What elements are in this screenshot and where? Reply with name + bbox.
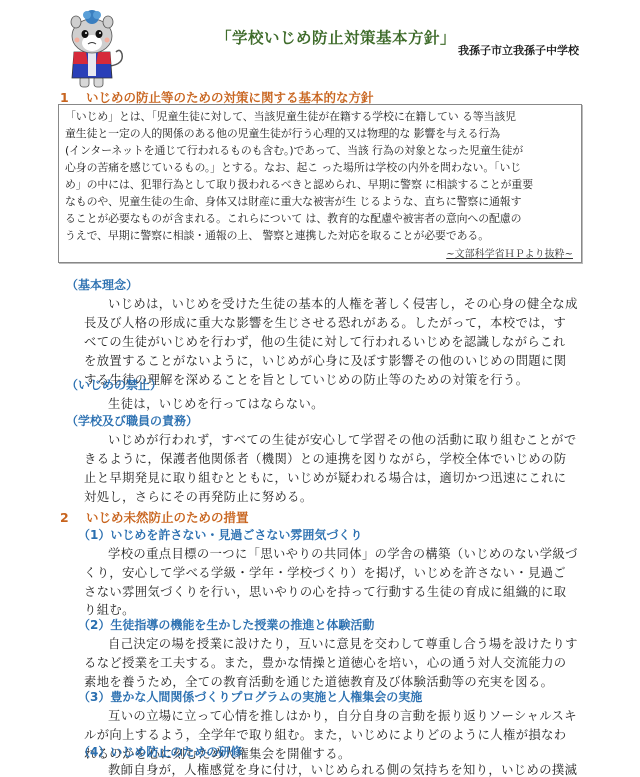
school-name: 我孫子市立我孫子中学校 <box>458 42 579 58</box>
body-line: いじめは，いじめを受けた生徒の基本的人権を著しく侵害し，その心身の健全な成 <box>108 294 578 312</box>
body-line: るなど授業を工夫する。また，豊かな情操と道徳心を培い，心の通う対人交流能力の <box>84 653 566 671</box>
subheading-relationship-program: （3）豊かな人間関係づくりプログラムの実施と人権集会の実施 <box>78 688 422 705</box>
quote-line: め」の中には、犯罪行為として取り扱われるべきと認められ、早期に警察 に相談するこ… <box>65 176 533 192</box>
definition-quote-box: 「いじめ」とは、「児童生徒に対して、当該児童生徒が在籍する学校に在籍してい る等… <box>58 104 582 263</box>
quote-line: 童生徒と一定の人的関係のある他の児童生徒が行う心理的又は物理的な 影響を与える行… <box>65 125 500 141</box>
subheading-school-duties: （学校及び職員の責務） <box>66 412 198 429</box>
subheading-prohibition: （いじめの禁止） <box>66 376 162 393</box>
body-line: くり，安心して学べる学級・学年・学校づくり）を掲げ，いじめを許さない・見過ご <box>84 563 566 581</box>
body-line: 長及び人格の形成に重大な影響を生じさせる恐れがある。したがって，本校では，す <box>84 313 566 331</box>
quote-source: ~文部科学省ＨＰより抜粋~ <box>446 245 573 260</box>
body-line: 止と早期発見に取り組むとともに，いじめが疑われる場合は，適切かつ迅速にこれに <box>84 468 566 486</box>
quote-line: なものや、児童生徒の生命、身体又は財産に重大な被害が生 じるような、直ちに警察に… <box>65 193 521 209</box>
section-number: 1 <box>60 90 86 105</box>
subheading-lessons-activities: （2）生徒指導の機能を生かした授業の推進と体験活動 <box>78 616 374 633</box>
section-number: 2 <box>60 510 86 525</box>
body-line: を放置することがないように，いじめが心身に及ぼす影響その他のいじめの問題に関 <box>84 351 566 369</box>
body-line: 互いの立場に立って心情を推しはかり，自分自身の言動を振り返りソーシャルスキ <box>108 706 577 724</box>
quote-line: うえで、早期に警察に相談・通報の上、 警察と連携した対応を取ることが必要である。 <box>65 227 489 243</box>
body-line: べての生徒がいじめを行わず，他の生徒に対して行われるいじめを認識しながらこれ <box>84 332 566 350</box>
body-line: きるように，保護者他関係者（機関）との連携を図りながら，学校全体でいじめの防 <box>84 449 566 467</box>
body-line: 学校の重点目標の一つに「思いやりの共同体」の学舎の構築（いじめのない学級づ <box>108 544 578 562</box>
quote-line: 心身の苦痛を感じているもの。」とする。なお、起こ った場所は学校の内外を問わない… <box>65 159 521 175</box>
body-line: 対処し，さらにその再発防止に努める。 <box>84 487 313 505</box>
quote-line: 「いじめ」とは、「児童生徒に対して、当該児童生徒が在籍する学校に在籍してい る等… <box>65 108 516 124</box>
quote-line: ることが必要なものが含まれる。これらについて は、教育的な配慮や被害者の意向への… <box>65 210 521 226</box>
subheading-basic-philosophy: （基本理念） <box>66 276 138 293</box>
document-title: 「学校いじめ防止対策基本方針」 <box>216 26 456 48</box>
body-line: いじめが行われず，すべての生徒が安心して学習その他の活動に取り組むことがで <box>108 430 577 448</box>
body-line: 自己決定の場を授業に設けたり，互いに意見を交わして尊重し合う場を設けたりす <box>108 634 578 652</box>
quote-line: (インターネットを通じて行われるものも含む。)であって、当該 行為の対象となった… <box>65 142 523 158</box>
section-title: いじめの防止等のための対策に関する基本的な方針 <box>86 90 374 105</box>
body-line: ルが向上するよう，全学年で取り組む。また，いじめによりどのように人権が損なわ <box>84 725 566 743</box>
body-line: さない雰囲気づくりを行い，思いやりの心を持って行動する生徒の育成に組織的に取 <box>84 582 566 600</box>
body-line: 生徒は，いじめを行ってはならない。 <box>108 394 324 412</box>
school-mascot-icon <box>58 8 130 90</box>
section-title: いじめ未然防止のための措置 <box>86 510 249 525</box>
section-2-heading: 2いじめ未然防止のための措置 <box>60 508 249 526</box>
body-line: 教師自身が，人権感覚を身に付け，いじめられる側の気持ちを知り，いじめの撲滅 <box>108 760 577 777</box>
subheading-atmosphere: （1）いじめを許さない・見過ごさない雰囲気づくり <box>78 526 362 543</box>
subheading-training: （4）いじめ防止のための研修 <box>78 743 242 760</box>
